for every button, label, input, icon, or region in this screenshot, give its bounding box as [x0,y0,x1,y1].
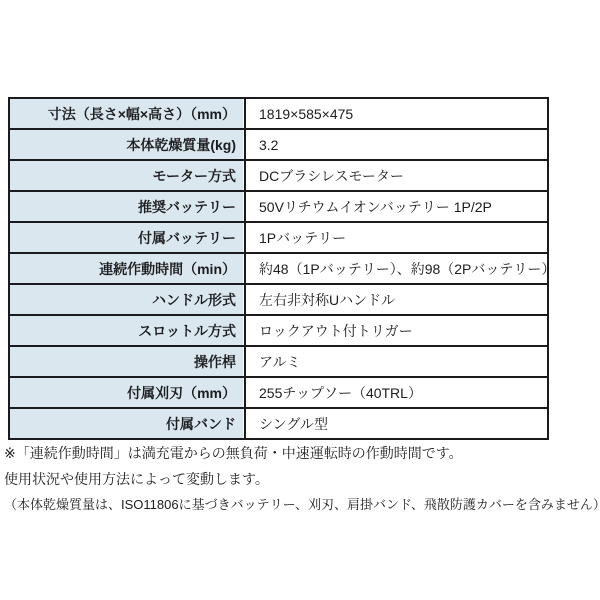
table-row: ハンドル形式 左右非対称Uハンドル [9,284,548,315]
table-row: 連続作動時間（min） 約48（1Pバッテリー）、約98（2Pバッテリー） [9,253,548,284]
table-row: 付属バッテリー 1Pバッテリー [9,222,548,253]
spec-value: 3.2 [245,129,548,160]
spec-value: ロックアウト付トリガー [245,315,548,346]
spec-value: アルミ [245,346,548,377]
footnotes: ※「連続作動時間」は満充電からの無負荷・中速運転時の作動時間です。 使用状況や使… [4,441,598,518]
spec-label: 付属バッテリー [9,222,245,253]
spec-label: 本体乾燥質量(kg) [9,129,245,160]
table-row: スロットル方式 ロックアウト付トリガー [9,315,548,346]
table-row: モーター方式 DCブラシレスモーター [9,160,548,191]
spec-value: 1Pバッテリー [245,222,548,253]
spec-label: 寸法（長さ×幅×高さ）（mm） [9,98,245,129]
spec-label: モーター方式 [9,160,245,191]
spec-value: DCブラシレスモーター [245,160,548,191]
spec-table-body: 寸法（長さ×幅×高さ）（mm） 1819×585×475 本体乾燥質量(kg) … [9,98,548,439]
spec-label: 付属刈刃（mm） [9,377,245,408]
footnote-line: ※「連続作動時間」は満充電からの無負荷・中速運転時の作動時間です。 [4,441,598,467]
table-row: 操作桿 アルミ [9,346,548,377]
table-row: 付属刈刃（mm） 255チップソー（40TRL） [9,377,548,408]
spec-value: 50Vリチウムイオンバッテリー 1P/2P [245,191,548,222]
spec-value: 1819×585×475 [245,98,548,129]
spec-value: 約48（1Pバッテリー）、約98（2Pバッテリー） [245,253,548,284]
spec-label: スロットル方式 [9,315,245,346]
spec-label: 推奨バッテリー [9,191,245,222]
table-row: 寸法（長さ×幅×高さ）（mm） 1819×585×475 [9,98,548,129]
footnote-line: 使用状況や使用方法によって変動します。 [4,467,598,493]
table-row: 本体乾燥質量(kg) 3.2 [9,129,548,160]
spec-label: 付属バンド [9,408,245,439]
spec-value: 255チップソー（40TRL） [245,377,548,408]
footnote-line: （本体乾燥質量は、ISO11806に基づきバッテリー、刈刃、肩掛バンド、飛散防護… [4,492,598,518]
table-row: 推奨バッテリー 50Vリチウムイオンバッテリー 1P/2P [9,191,548,222]
spec-table: 寸法（長さ×幅×高さ）（mm） 1819×585×475 本体乾燥質量(kg) … [8,97,549,440]
spec-value: シングル型 [245,408,548,439]
spec-value: 左右非対称Uハンドル [245,284,548,315]
spec-label: ハンドル形式 [9,284,245,315]
table-row: 付属バンド シングル型 [9,408,548,439]
spec-label: 操作桿 [9,346,245,377]
page: 寸法（長さ×幅×高さ）（mm） 1819×585×475 本体乾燥質量(kg) … [0,0,600,600]
spec-label: 連続作動時間（min） [9,253,245,284]
